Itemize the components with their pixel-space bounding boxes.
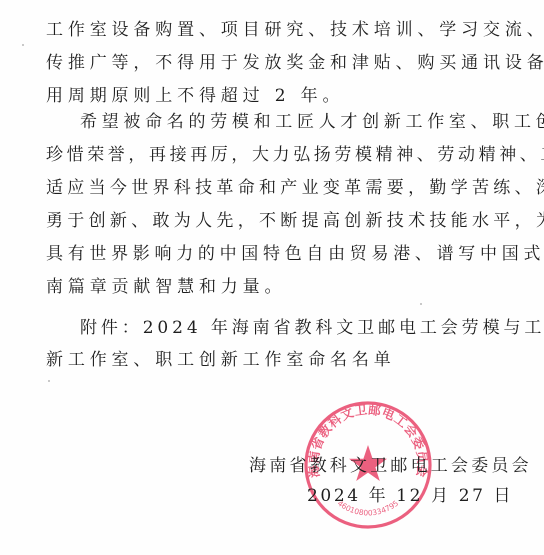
scan-speck xyxy=(22,44,24,46)
attachment-line: 新工作室、职工创新工作室命名名单 xyxy=(46,350,396,370)
attachment-line: 附件：2024 年海南省教科文卫邮电工会劳模与工匠人才创 xyxy=(80,318,544,338)
paragraph-line: 适应当今世界科技革命和产业变革需要，勤学苦练、深入钻研， xyxy=(46,178,544,198)
paragraph-line: 希望被命名的劳模和工匠人才创新工作室、职工创新工作室 xyxy=(80,112,544,132)
paragraph-line: 勇于创新、敢为人先，不断提高创新技术技能水平，为加快建设 xyxy=(46,211,544,231)
scan-speck xyxy=(48,380,50,382)
paragraph-line: 用周期原则上不得超过 2 年。 xyxy=(46,86,344,106)
signing-organization: 海南省教科文卫邮电工会委员会 xyxy=(249,456,532,476)
paragraph-line: 传推广等，不得用于发放奖金和津贴、购买通讯设备等，资金使 xyxy=(46,53,544,73)
paragraph-line: 工作室设备购置、项目研究、技术培训、学习交流、创新成果宣 xyxy=(46,20,544,40)
paragraph-line: 珍惜荣誉，再接再厉，大力弘扬劳模精神、劳动精神、工匠精神， xyxy=(46,145,544,165)
signing-date: 2024 年 12 月 27 日 xyxy=(307,486,513,506)
document-page: 工作室设备购置、项目研究、技术培训、学习交流、创新成果宣 传推广等，不得用于发放… xyxy=(0,0,544,555)
scan-speck xyxy=(420,303,422,305)
paragraph-line: 南篇章贡献智慧和力量。 xyxy=(46,277,286,297)
paragraph-line: 具有世界影响力的中国特色自由贸易港、谱写中国式现代化的海 xyxy=(46,244,544,264)
